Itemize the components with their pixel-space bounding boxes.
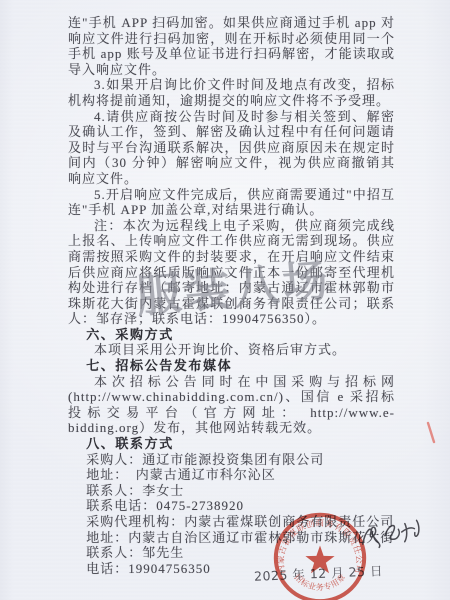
paragraph-item-3: 3.如果开启询比价文件时间及地点有改变，招标机构将提前通知，逾期提交的响应文件将… bbox=[68, 77, 395, 108]
paragraph-note: 注：本次为远程线上电子采购，供应商须完成线上报名、上传响应文件工作供应商无需到现… bbox=[68, 218, 395, 327]
contact-purchaser-person: 联系人：李女士 bbox=[68, 483, 395, 499]
section-heading-announcement-media: 七、招标公告发布媒体 bbox=[68, 358, 395, 374]
seal-bottom-arc-text: 招标业务专用章 bbox=[292, 572, 347, 592]
section-body-announcement-media: 本次招标公告同时在中国采购与招标网(http://www.chinabiddin… bbox=[68, 374, 395, 436]
red-pen-mark-icon bbox=[424, 421, 438, 445]
paragraph-continuation: 连"手机 APP 扫码加密。如果供应商通过手机 app 对响应文件进行扫码加密，… bbox=[68, 15, 395, 77]
scanned-document-page: 连"手机 APP 扫码加密。如果供应商通过手机 app 对响应文件进行扫码加密，… bbox=[0, 0, 450, 600]
handwritten-signature bbox=[350, 509, 434, 562]
contact-purchaser: 采购人：通辽市能源投资集团有限公司 bbox=[68, 452, 395, 468]
paragraph-item-5: 5.开启响应文件完成后，供应商需要通过"中招互连"手机 APP 加盖公章,对结果… bbox=[68, 187, 395, 218]
section-heading-contact-info: 八、联系方式 bbox=[68, 436, 395, 452]
paragraph-item-4: 4.请供应商按公告时间及时参与相关签到、解密及确认工作，签到、解密及确认过程中有… bbox=[68, 109, 395, 187]
section-heading-procurement-method: 六、采购方式 bbox=[68, 327, 395, 343]
section-body-procurement-method: 本项目采用公开询比价、资格后审方式。 bbox=[68, 342, 395, 358]
document-text-column: 连"手机 APP 扫码加密。如果供应商通过手机 app 对响应文件进行扫码加密，… bbox=[68, 15, 395, 576]
contact-purchaser-address: 地址： 内蒙古通辽市科尔沁区 bbox=[68, 467, 395, 483]
red-star-icon bbox=[305, 546, 334, 574]
